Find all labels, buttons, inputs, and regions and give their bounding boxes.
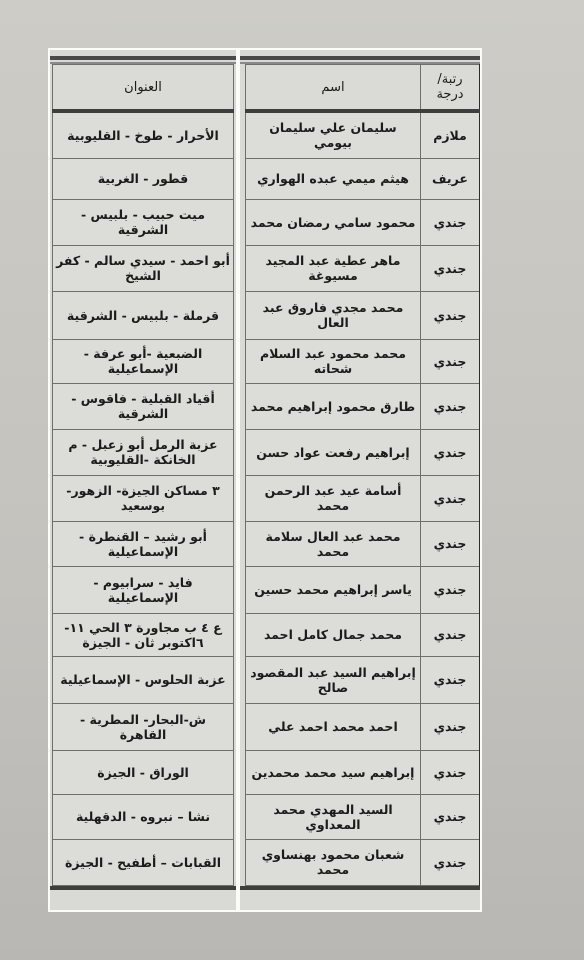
address-header: العنوان [53,65,234,112]
rank-cell: جندي [421,839,481,885]
rank-header: رتبة/درجة [421,65,481,112]
address-cell: عزبة الحلوس - الإسماعيلية [53,656,234,703]
name-cell: محمد محمود عبد السلام شحاته [246,339,421,383]
rank-cell: جندي [421,703,481,750]
bottom-rule [240,886,480,890]
rank-cell: جندي [421,475,481,521]
table-row: أقياد القبلية - فاقوس - الشرقية [53,383,234,429]
address-table: العنوان الأحرار - طوخ - القليوبيةقطور - … [52,64,234,886]
address-cell: ٣ مساكن الجيزة- الزهور-بوسعيد [53,475,234,521]
rank-cell: جندي [421,245,481,291]
address-cell: القبابات – أطفيح - الجيزة [53,839,234,885]
table-row: ع ٤ ب مجاورة ٣ الحي ١١- ٦اكتوبر ثان - ال… [53,613,234,656]
table-row: عزبة الرمل أبو زعبل - م الخانكة -القليوب… [53,429,234,475]
table-row: أبو احمد - سيدي سالم - كفر الشيخ [53,245,234,291]
rank-cell: جندي [421,521,481,566]
names-panel: رتبة/درجة اسم ملازمسليمان علي سليمان بيو… [240,50,480,910]
name-cell: السيد المهدي محمد المعداوي [246,794,421,839]
address-cell: أبو رشيد – القنطرة - الإسماعيلية [53,521,234,566]
rank-cell: جندي [421,566,481,613]
table-row: عزبة الحلوس - الإسماعيلية [53,656,234,703]
header-row: رتبة/درجة اسم [246,65,481,112]
address-cell: أبو احمد - سيدي سالم - كفر الشيخ [53,245,234,291]
name-cell: أسامة عيد عبد الرحمن محمد [246,475,421,521]
name-cell: ماهر عطية عبد المجيد مسيوغة [246,245,421,291]
table-row: عريفهيثم ميمي عبده الهواري [246,158,481,199]
address-cell: فايد - سرابيوم - الإسماعيلية [53,566,234,613]
table-row: ملازمسليمان علي سليمان بيومي [246,111,481,158]
table-row: أبو رشيد – القنطرة - الإسماعيلية [53,521,234,566]
top-rule [240,56,480,60]
table-row: ١جنديالسيد المهدي محمد المعداوي [246,794,481,839]
top-rule [50,56,236,60]
bottom-rule [50,886,236,890]
table-row: فايد - سرابيوم - الإسماعيلية [53,566,234,613]
rank-cell: جندي [421,750,481,794]
table-row: جنديمحمد جمال كامل احمد [246,613,481,656]
address-cell: أقياد القبلية - فاقوس - الشرقية [53,383,234,429]
rank-cell: جندي [421,429,481,475]
table-row: قطور - الغربية [53,158,234,199]
rank-cell: جندي [421,613,481,656]
table-row: ١جنديإبراهيم سيد محمد محمدين [246,750,481,794]
table-row: جنديإبراهيم رفعت عواد حسن [246,429,481,475]
name-cell: طارق محمود إبراهيم محمد [246,383,421,429]
address-cell: الوراق - الجيزة [53,750,234,794]
rank-cell: جندي [421,291,481,339]
table-row: الضبعية -أبو عرفة - الإسماعيلية [53,339,234,383]
address-cell: ميت حبيب - بلبيس - الشرقية [53,199,234,245]
address-cell: الضبعية -أبو عرفة - الإسماعيلية [53,339,234,383]
table-row: قرملة - بلبيس - الشرقية [53,291,234,339]
address-cell: الأحرار - طوخ - القليوبية [53,111,234,158]
table-row: جنديياسر إبراهيم محمد حسين [246,566,481,613]
address-panel: العنوان الأحرار - طوخ - القليوبيةقطور - … [50,50,236,910]
name-cell: إبراهيم السيد عبد المقصود صالح [246,656,421,703]
table-row: الوراق - الجيزة [53,750,234,794]
table-row: ميت حبيب - بلبيس - الشرقية [53,199,234,245]
name-cell: ياسر إبراهيم محمد حسين [246,566,421,613]
name-cell: احمد محمد احمد علي [246,703,421,750]
address-cell: ش-البحار- المطرية - القاهرة [53,703,234,750]
address-cell: ع ٤ ب مجاورة ٣ الحي ١١- ٦اكتوبر ثان - ال… [53,613,234,656]
table-row: ٣ مساكن الجيزة- الزهور-بوسعيد [53,475,234,521]
rank-cell: جندي [421,794,481,839]
name-cell: محمود سامي رمضان محمد [246,199,421,245]
name-cell: محمد عبد العال سلامة محمد [246,521,421,566]
rank-cell: جندي [421,339,481,383]
table-row: جنديمحمد محمود عبد السلام شحاته [246,339,481,383]
header-row: العنوان [53,65,234,112]
name-cell: إبراهيم سيد محمد محمدين [246,750,421,794]
address-cell: نشا – نبروه - الدقهلية [53,794,234,839]
rank-cell: جندي [421,383,481,429]
table-row: جندياحمد محمد احمد علي [246,703,481,750]
table-row: القبابات – أطفيح - الجيزة [53,839,234,885]
rank-cell: ملازم [421,111,481,158]
table-row: جنديمحمود سامي رمضان محمد [246,199,481,245]
name-cell: محمد مجدي فاروق عبد العال [246,291,421,339]
table-row: نشا – نبروه - الدقهلية [53,794,234,839]
table-row: جنديمحمد عبد العال سلامة محمد [246,521,481,566]
table-row: ش-البحار- المطرية - القاهرة [53,703,234,750]
name-cell: هيثم ميمي عبده الهواري [246,158,421,199]
names-table: رتبة/درجة اسم ملازمسليمان علي سليمان بيو… [245,64,480,886]
name-cell: شعبان محمود بهنساوي محمد [246,839,421,885]
name-cell: إبراهيم رفعت عواد حسن [246,429,421,475]
name-cell: سليمان علي سليمان بيومي [246,111,421,158]
rank-cell: جندي [421,199,481,245]
table-row: الأحرار - طوخ - القليوبية [53,111,234,158]
table-row: جنديطارق محمود إبراهيم محمد [246,383,481,429]
address-cell: قرملة - بلبيس - الشرقية [53,291,234,339]
name-header: اسم [246,65,421,112]
table-row: جنديمحمد مجدي فاروق عبد العال [246,291,481,339]
address-cell: عزبة الرمل أبو زعبل - م الخانكة -القليوب… [53,429,234,475]
table-row: جنديإبراهيم السيد عبد المقصود صالح [246,656,481,703]
address-cell: قطور - الغربية [53,158,234,199]
table-row: جنديماهر عطية عبد المجيد مسيوغة [246,245,481,291]
rank-cell: عريف [421,158,481,199]
table-row: جنديأسامة عيد عبد الرحمن محمد [246,475,481,521]
table-row: ١جنديشعبان محمود بهنساوي محمد [246,839,481,885]
rank-cell: جندي [421,656,481,703]
name-cell: محمد جمال كامل احمد [246,613,421,656]
